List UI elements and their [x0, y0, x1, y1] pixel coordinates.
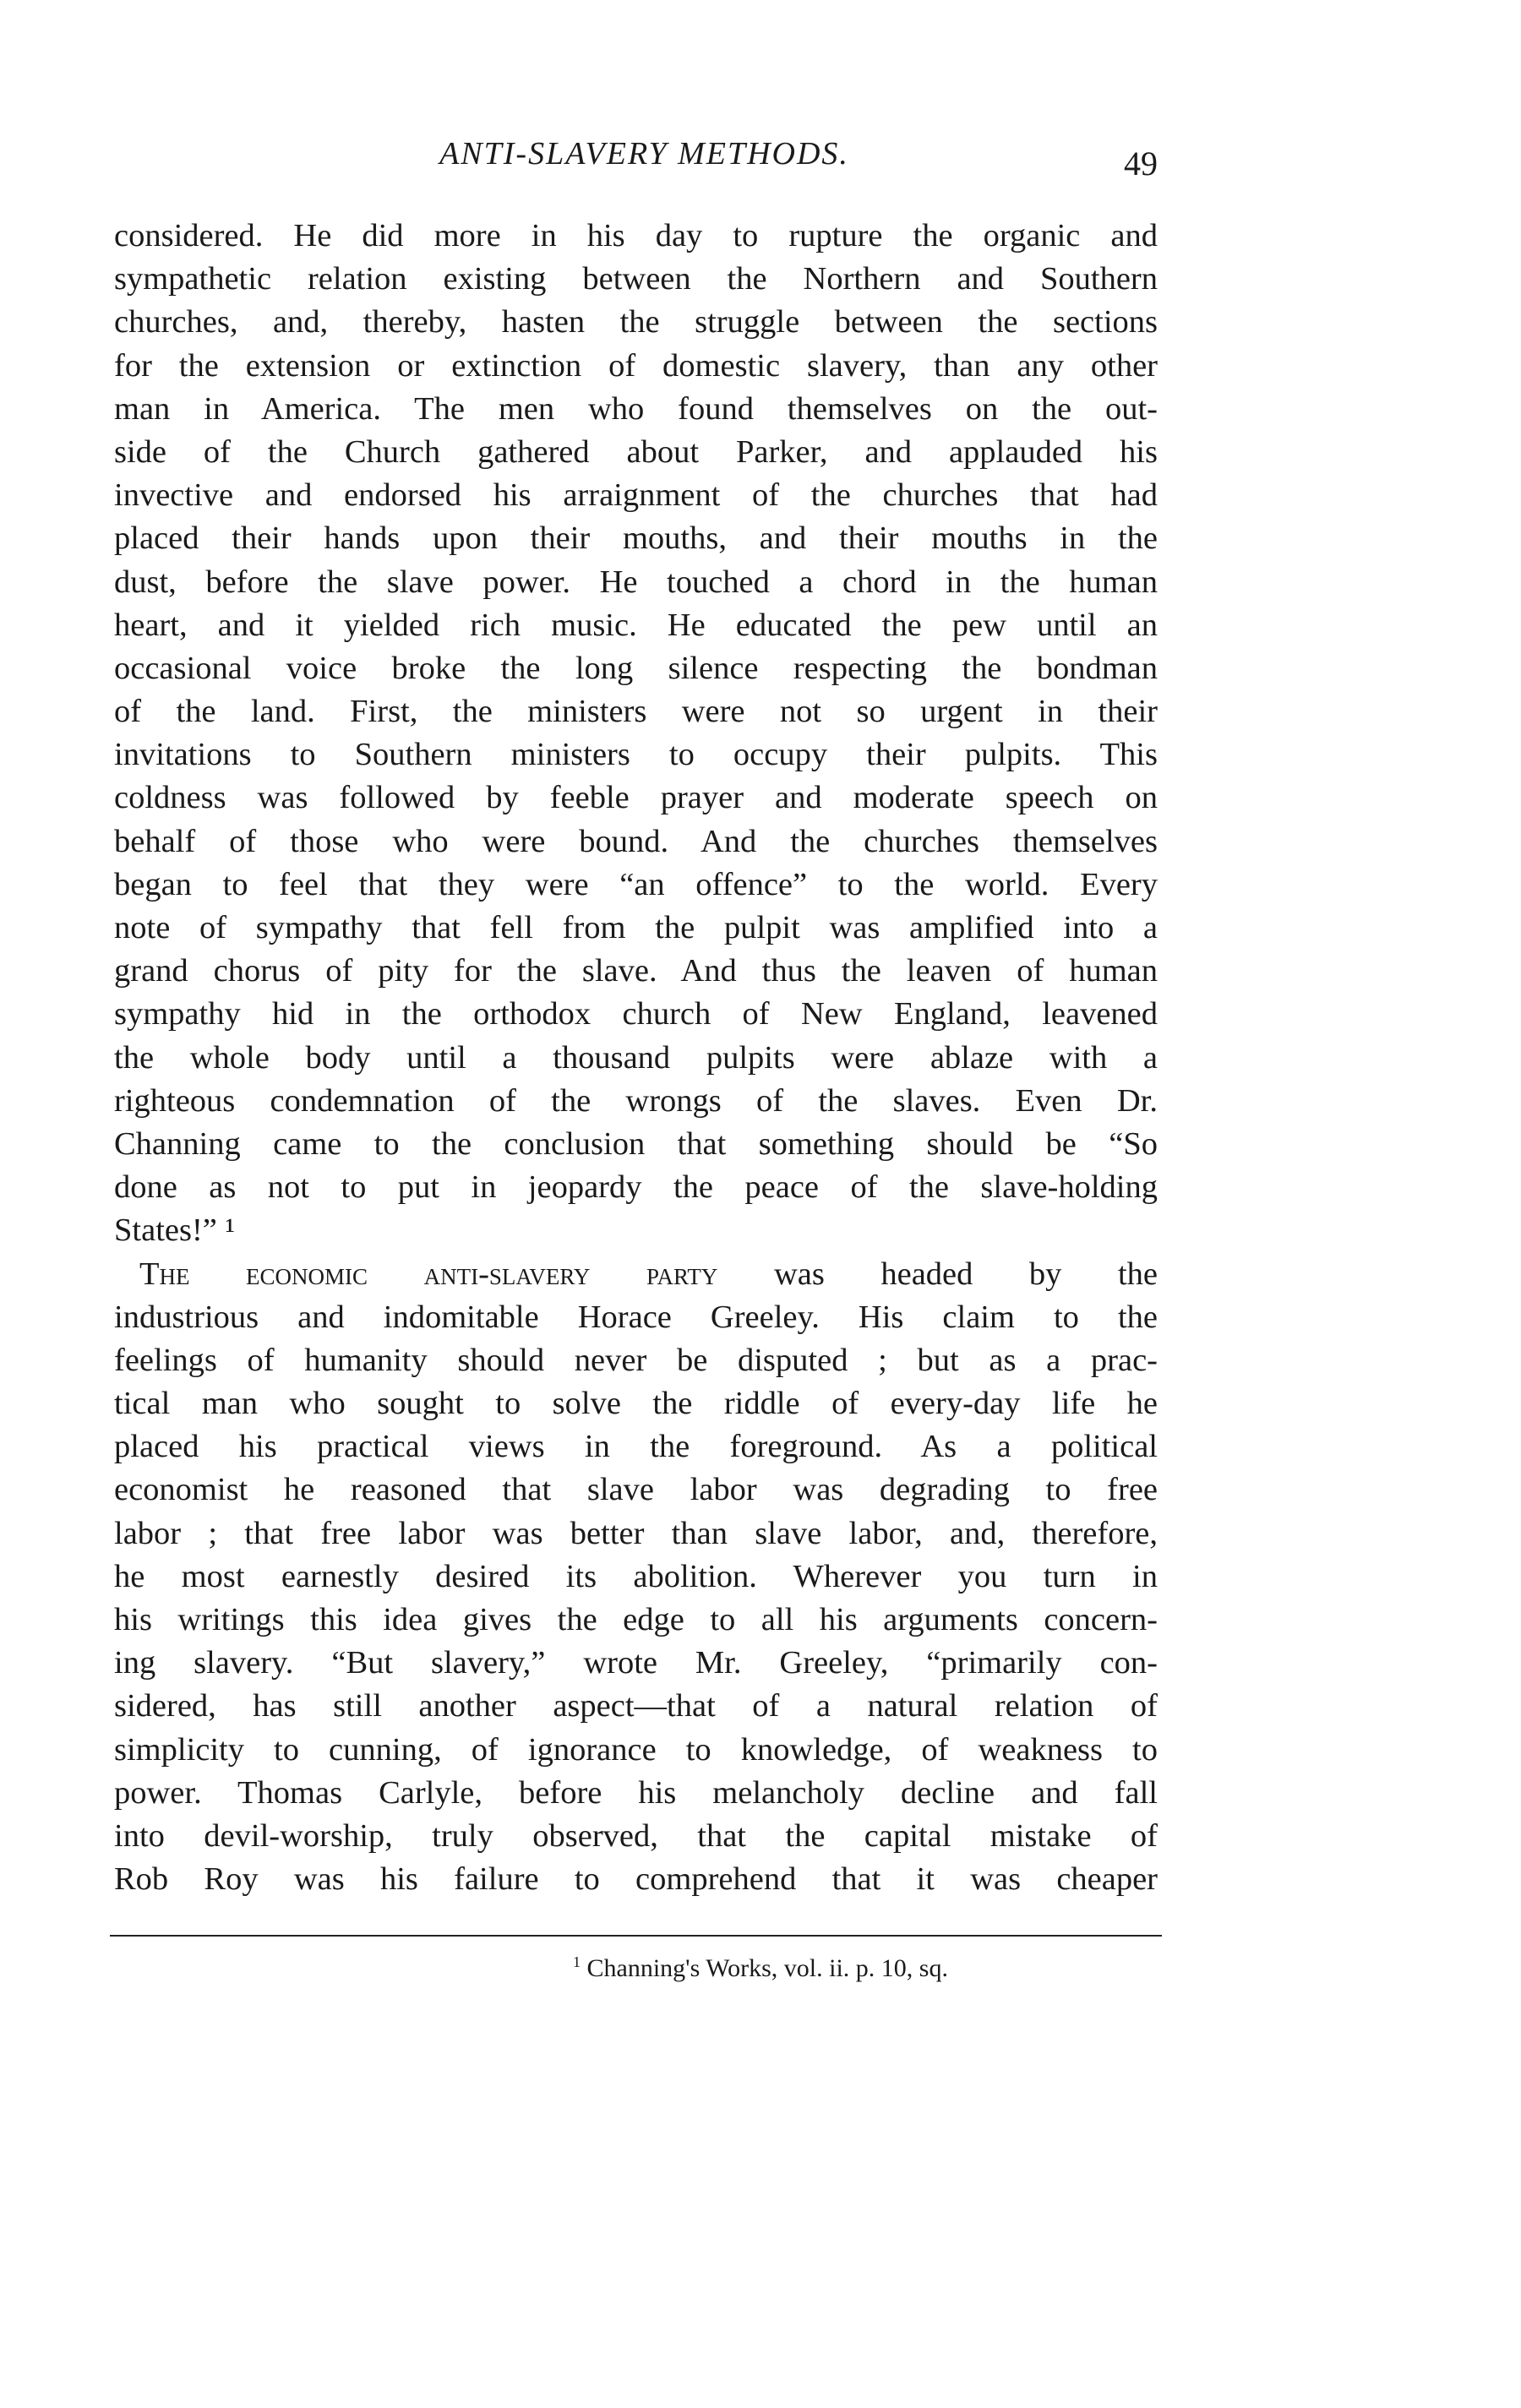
- text-line: States!” ¹: [114, 1209, 1158, 1252]
- footnote-marker: 1: [573, 1953, 581, 1970]
- footnote-text: Channing's Works, vol. ii. p. 10, sq.: [587, 1954, 948, 1982]
- text-line: Rob Roy was his failure to comprehend th…: [114, 1858, 1158, 1901]
- text-line: invective and endorsed his arraignment o…: [114, 474, 1158, 517]
- text-line: tical man who sought to solve the riddle…: [114, 1382, 1158, 1425]
- text-line: his writings this idea gives the edge to…: [114, 1599, 1158, 1642]
- text-line: into devil-worship, truly observed, that…: [114, 1815, 1158, 1858]
- smallcaps-lead: The economic anti-slavery party: [139, 1256, 717, 1292]
- text-line: righteous condemnation of the wrongs of …: [114, 1080, 1158, 1123]
- page-header: ANTI-SLAVERY METHODS. 49: [114, 135, 1158, 186]
- text-line: sympathetic relation existing between th…: [114, 258, 1158, 301]
- text-line: the whole body until a thousand pulpits …: [114, 1037, 1158, 1080]
- text-line: grand chorus of pity for the slave. And …: [114, 950, 1158, 993]
- text-line: occasional voice broke the long silence …: [114, 647, 1158, 690]
- text-line: economist he reasoned that slave labor w…: [114, 1468, 1158, 1512]
- text-line: ing slavery. “But slavery,” wrote Mr. Gr…: [114, 1642, 1158, 1685]
- text-line: began to feel that they were “an offence…: [114, 864, 1158, 907]
- text-line: sidered, has still another aspect—that o…: [114, 1685, 1158, 1728]
- text-line: he most earnestly desired its abolition.…: [114, 1555, 1158, 1599]
- text-line: of the land. First, the ministers were n…: [114, 690, 1158, 733]
- text-line: done as not to put in jeopardy the peace…: [114, 1166, 1158, 1209]
- text-line: dust, before the slave power. He touched…: [114, 561, 1158, 604]
- text-line: placed his practical views in the foregr…: [114, 1425, 1158, 1468]
- text-line: power. Thomas Carlyle, before his melanc…: [114, 1772, 1158, 1815]
- text-line: sympathy hid in the orthodox church of N…: [114, 993, 1158, 1036]
- text-line: man in America. The men who found themse…: [114, 388, 1158, 431]
- page-number: 49: [1124, 144, 1158, 183]
- text-line: behalf of those who were bound. And the …: [114, 820, 1158, 864]
- text-fragment: was headed by the: [717, 1256, 1158, 1292]
- text-line: side of the Church gathered about Parker…: [114, 431, 1158, 474]
- text-line: for the extension or extinction of domes…: [114, 345, 1158, 388]
- text-line: churches, and, thereby, hasten the strug…: [114, 301, 1158, 344]
- text-line: note of sympathy that fell from the pulp…: [114, 907, 1158, 950]
- text-line: industrious and indomitable Horace Greel…: [114, 1296, 1158, 1339]
- footnote-divider: [110, 1935, 1162, 1937]
- text-line: considered. He did more in his day to ru…: [114, 215, 1158, 258]
- body-text: considered. He did more in his day to ru…: [114, 215, 1158, 1901]
- paragraph-opening: The economic anti-slavery party was head…: [114, 1253, 1158, 1296]
- text-line: placed their hands upon their mouths, an…: [114, 517, 1158, 560]
- text-line: coldness was followed by feeble prayer a…: [114, 776, 1158, 820]
- running-head: ANTI-SLAVERY METHODS.: [114, 135, 1158, 172]
- text-line: simplicity to cunning, of ignorance to k…: [114, 1729, 1158, 1772]
- text-line: invitations to Southern ministers to occ…: [114, 733, 1158, 776]
- text-line: Channing came to the conclusion that som…: [114, 1123, 1158, 1166]
- footnote: 1 Channing's Works, vol. ii. p. 10, sq.: [0, 1953, 1521, 1983]
- text-line: feelings of humanity should never be dis…: [114, 1339, 1158, 1382]
- text-line: heart, and it yielded rich music. He edu…: [114, 604, 1158, 647]
- text-line: labor ; that free labor was better than …: [114, 1512, 1158, 1555]
